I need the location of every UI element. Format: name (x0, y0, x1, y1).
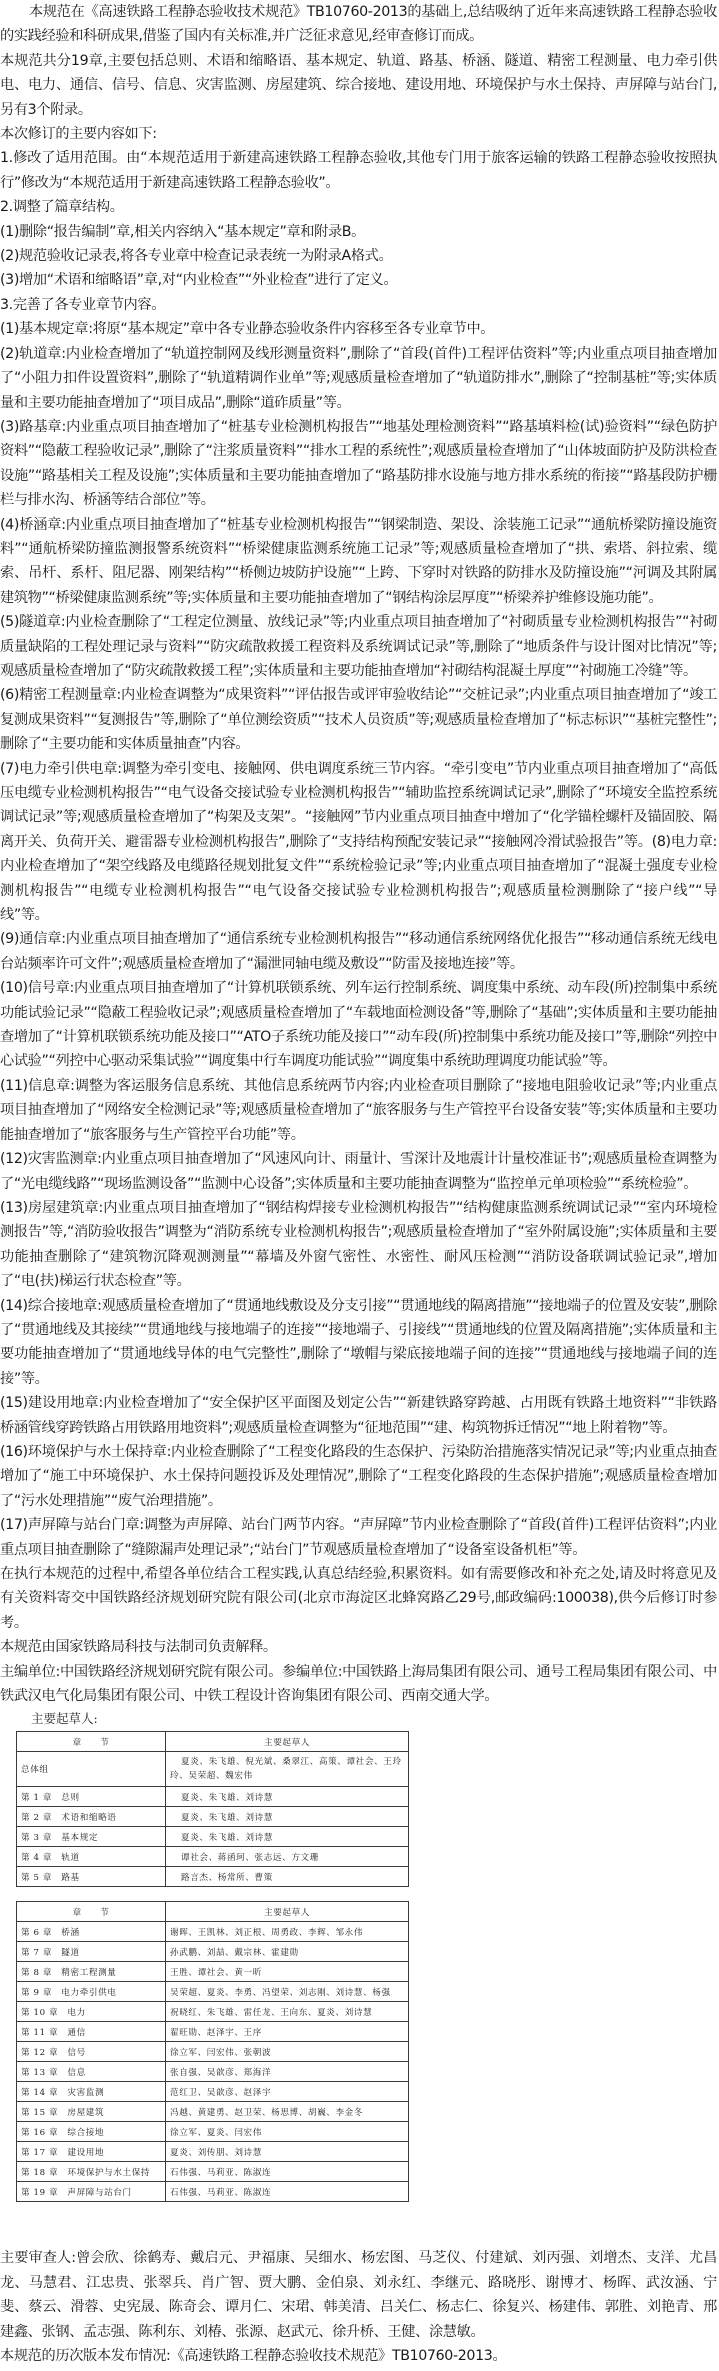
drafters-cell: 吴荣超、夏炎、李勇、冯望荣、刘志刚、刘诗慧、杨强 (166, 1982, 409, 2002)
table-row: 第 12 章 信号 徐立军、闫宏伟、张朝波 (17, 2042, 409, 2062)
drafters-cell: 翟旺勋、赵泽宇、王序 (166, 2022, 409, 2042)
chapter-cell: 第 13 章 信息 (17, 2062, 166, 2082)
revision-item: (3)路基章:内业重点项目抽查增加了“桩基专业检测机构报告”“地基处理检测资料”… (0, 415, 717, 513)
reviewers-paragraph: 主要审查人:曾会欣、徐鹤寿、戴启元、尹福康、吴细水、杨宏图、马芝仪、付建斌、刘丙… (0, 2246, 717, 2344)
drafters-label: 主要起草人: (0, 1708, 717, 1730)
drafters-cell: 王胜、谭社会、黄一昕 (166, 1962, 409, 1982)
drafters-cell: 路言杰、杨常所、曹策 (166, 1867, 409, 1887)
drafters-cell: 祝晓红、朱飞雄、雷任龙、王向东、夏炎、刘诗慧 (166, 2002, 409, 2022)
chapter-cell: 第 17 章 建设用地 (17, 2142, 166, 2162)
drafters-cell: 徐立军、夏炎、闫宏伟 (166, 2122, 409, 2142)
revision-list: 1.修改了适用范围。由“本规范适用于新建高速铁路工程静态验收,其他专门用于旅客运… (0, 146, 717, 1562)
revision-item: (13)房屋建筑章:内业重点项目抽查增加了“钢结构焊接专业检测机构报告”“结构健… (0, 1196, 717, 1294)
table-row: 第 10 章 电力 祝晓红、朱飞雄、雷任龙、王向东、夏炎、刘诗慧 (17, 2002, 409, 2022)
table-row: 第 13 章 信息 张自强、吴歆彦、郑海洋 (17, 2062, 409, 2082)
chapter-cell: 第 8 章 精密工程测量 (17, 1962, 166, 1982)
chapter-cell: 第 10 章 电力 (17, 2002, 166, 2022)
revision-item: (6)精密工程测量章:内业检查调整为“成果资料”“评估报告或评审验收结论”“交桩… (0, 683, 717, 756)
revision-item: (2)轨道章:内业检查增加了“轨道控制网及线形测量资料”,删除了“首段(首件)工… (0, 342, 717, 415)
header-drafters: 主要起草人 (166, 1902, 409, 1922)
table-row: 第 3 章 基本规定 夏炎、朱飞雄、刘诗慧 (17, 1827, 409, 1847)
table-row: 第 18 章 环境保护与水土保持 石伟强、马莉亚、陈淑连 (17, 2162, 409, 2182)
drafters-cell: 石伟强、马莉亚、陈淑连 (166, 2182, 409, 2202)
drafters-cell: 夏炎、朱飞雄、刘诗慧 (166, 1807, 409, 1827)
chapter-cell: 第 18 章 环境保护与水土保持 (17, 2162, 166, 2182)
chapter-cell: 总体组 (17, 1752, 166, 1787)
units-paragraph: 主编单位:中国铁路经济规划研究院有限公司。参编单位:中国铁路上海局集团有限公司、… (0, 1660, 717, 1709)
chapter-cell: 第 9 章 电力牵引供电 (17, 1982, 166, 2002)
revision-item: (1)基本规定章:将原“基本规定”章中各专业静态验收条件内容移至各专业章节中。 (0, 317, 717, 341)
header-chapter: 章 节 (17, 1902, 166, 1922)
drafters-cell: 谭社会、蒋函珂、张志远、方文珊 (166, 1847, 409, 1867)
table-row: 第 1 章 总则 夏炎、朱飞雄、刘诗慧 (17, 1787, 409, 1807)
revision-item: (9)通信章:内业重点项目抽查增加了“通信系统专业检测机构报告”“移动通信系统网… (0, 927, 717, 976)
revision-item: (3)增加“术语和缩略语”章,对“内业检查”“外业检查”进行了定义。 (0, 268, 717, 292)
drafters-cell: 夏炎、朱飞雄、倪光斌、桑翠江、高策、谭社会、王玲玲、吴荣超、魏宏伟 (166, 1752, 409, 1787)
table-row: 第 16 章 综合接地 徐立军、夏炎、闫宏伟 (17, 2122, 409, 2142)
revision-item: (11)信息章:调整为客运服务信息系统、其他信息系统两节内容;内业检查项目删除了… (0, 1074, 717, 1147)
table-row: 第 14 章 灾害监测 范红卫、吴歆彦、赵泽宇 (17, 2082, 409, 2102)
drafters-table-1: 章 节 主要起草人 总体组 夏炎、朱飞雄、倪光斌、桑翠江、高策、谭社会、王玲玲、… (16, 1731, 409, 1887)
revision-item: (12)灾害监测章:内业重点项目抽查增加了“风速风向计、雨量计、雪深计及地震计计… (0, 1147, 717, 1196)
chapter-cell: 第 19 章 声屏障与站台门 (17, 2182, 166, 2202)
interpretation-paragraph: 本规范由国家铁路局科技与法制司负责解释。 (0, 1635, 717, 1659)
table-header-row: 章 节 主要起草人 (17, 1732, 409, 1752)
table-row: 第 17 章 建设用地 夏炎、刘传朋、刘诗慧 (17, 2142, 409, 2162)
chapter-cell: 第 11 章 通信 (17, 2022, 166, 2042)
table-row: 第 7 章 隧道 孙武鹏、刘喆、戴宗林、霍建勋 (17, 1942, 409, 1962)
chapter-cell: 第 2 章 术语和缩略语 (17, 1807, 166, 1827)
chapter-cell: 第 5 章 路基 (17, 1867, 166, 1887)
drafters-cell: 夏炎、朱飞雄、刘诗慧 (166, 1827, 409, 1847)
revision-item: (10)信号章:内业重点项目抽查增加了“计算机联锁系统、列车运行控制系统、调度集… (0, 976, 717, 1074)
chapter-cell: 第 6 章 桥涵 (17, 1922, 166, 1942)
revision-item: 3.完善了各专业章节内容。 (0, 293, 717, 317)
revision-heading: 本次修订的主要内容如下: (0, 122, 717, 146)
chapter-cell: 第 14 章 灾害监测 (17, 2082, 166, 2102)
table-row: 第 15 章 房屋建筑 冯越、黄建勇、赵卫荣、杨思博、胡巍、李金冬 (17, 2102, 409, 2122)
table-spacer (0, 2202, 717, 2246)
table-row: 第 6 章 桥涵 谢晖、王凯林、刘正根、周勇政、李辉、邹永伟 (17, 1922, 409, 1942)
revision-item: (16)环境保护与水土保持章:内业检查删除了“工程变化路段的生态保护、污染防治措… (0, 1440, 717, 1513)
drafters-cell: 张自强、吴歆彦、郑海洋 (166, 2062, 409, 2082)
drafters-table-2: 章 节 主要起草人 第 6 章 桥涵 谢晖、王凯林、刘正根、周勇政、李辉、邹永伟… (16, 1901, 409, 2202)
table-row: 第 19 章 声屏障与站台门 石伟强、马莉亚、陈淑连 (17, 2182, 409, 2202)
feedback-paragraph: 在执行本规范的过程中,希望各单位结合工程实践,认真总结经验,积累资料。如有需要修… (0, 1562, 717, 1635)
chapter-cell: 第 12 章 信号 (17, 2042, 166, 2062)
chapter-cell: 第 3 章 基本规定 (17, 1827, 166, 1847)
revision-item: (15)建设用地章:内业检查增加了“安全保护区平面图及划定公告”“新建铁路穿跨越… (0, 1391, 717, 1440)
intro-paragraph: 本规范在《高速铁路工程静态验收技术规范》TB10760-2013的基础上,总结吸… (0, 0, 717, 49)
revision-item: (4)桥涵章:内业重点项目抽查增加了“桩基专业检测机构报告”“钢梁制造、架设、涂… (0, 513, 717, 611)
drafters-cell: 谢晖、王凯林、刘正根、周勇政、李辉、邹永伟 (166, 1922, 409, 1942)
revision-item: (5)隧道章:内业检查删除了“工程定位测量、放线记录”等;内业重点项目抽查增加了… (0, 610, 717, 683)
scope-paragraph: 本规范共分19章,主要包括总则、术语和缩略语、基本规定、轨道、路基、桥涵、隧道、… (0, 49, 717, 122)
drafters-cell: 夏炎、刘传朋、刘诗慧 (166, 2142, 409, 2162)
revision-item: (1)删除“报告编制”章,相关内容纳入“基本规定”章和附录B。 (0, 220, 717, 244)
revision-item: 1.修改了适用范围。由“本规范适用于新建高速铁路工程静态验收,其他专门用于旅客运… (0, 146, 717, 195)
drafters-cell: 范红卫、吴歆彦、赵泽宇 (166, 2082, 409, 2102)
drafters-cell: 冯越、黄建勇、赵卫荣、杨思博、胡巍、李金冬 (166, 2102, 409, 2122)
revision-item: (7)电力牵引供电章:调整为牵引变电、接触网、供电调度系统三节内容。“牵引变电”… (0, 757, 717, 928)
header-drafters: 主要起草人 (166, 1732, 409, 1752)
drafters-cell: 石伟强、马莉亚、陈淑连 (166, 2162, 409, 2182)
header-chapter: 章 节 (17, 1732, 166, 1752)
table-gap (0, 1887, 717, 1901)
revision-item: (2)规范验收记录表,将各专业章中检查记录表统一为附录A格式。 (0, 244, 717, 268)
table-row: 第 8 章 精密工程测量 王胜、谭社会、黄一昕 (17, 1962, 409, 1982)
chapter-cell: 第 15 章 房屋建筑 (17, 2102, 166, 2122)
revision-item: (14)综合接地章:观感质量检查增加了“贯通地线敷设及分支引接”“贯通地线的隔离… (0, 1294, 717, 1392)
drafters-cell: 孙武鹏、刘喆、戴宗林、霍建勋 (166, 1942, 409, 1962)
table-row: 第 5 章 路基 路言杰、杨常所、曹策 (17, 1867, 409, 1887)
document-page: 本规范在《高速铁路工程静态验收技术规范》TB10760-2013的基础上,总结吸… (0, 0, 719, 2368)
chapter-cell: 第 4 章 轨道 (17, 1847, 166, 1867)
revision-item: (17)声屏障与站台门章:调整为声屏障、站台门两节内容。“声屏障”节内业检查删除… (0, 1513, 717, 1562)
chapter-cell: 第 1 章 总则 (17, 1787, 166, 1807)
revision-item: 2.调整了篇章结构。 (0, 195, 717, 219)
table-row: 第 4 章 轨道 谭社会、蒋函珂、张志远、方文珊 (17, 1847, 409, 1867)
chapter-cell: 第 7 章 隧道 (17, 1942, 166, 1962)
chapter-cell: 第 16 章 综合接地 (17, 2122, 166, 2142)
table-row: 总体组 夏炎、朱飞雄、倪光斌、桑翠江、高策、谭社会、王玲玲、吴荣超、魏宏伟 (17, 1752, 409, 1787)
drafters-cell: 夏炎、朱飞雄、刘诗慧 (166, 1787, 409, 1807)
table-row: 第 11 章 通信 翟旺勋、赵泽宇、王序 (17, 2022, 409, 2042)
drafters-cell: 徐立军、闫宏伟、张朝波 (166, 2042, 409, 2062)
table-row: 第 2 章 术语和缩略语 夏炎、朱飞雄、刘诗慧 (17, 1807, 409, 1827)
table-row: 第 9 章 电力牵引供电 吴荣超、夏炎、李勇、冯望荣、刘志刚、刘诗慧、杨强 (17, 1982, 409, 2002)
table-header-row: 章 节 主要起草人 (17, 1902, 409, 1922)
history-paragraph: 本规范的历次版本发布情况:《高速铁路工程静态验收技术规范》TB10760-201… (0, 2344, 717, 2368)
